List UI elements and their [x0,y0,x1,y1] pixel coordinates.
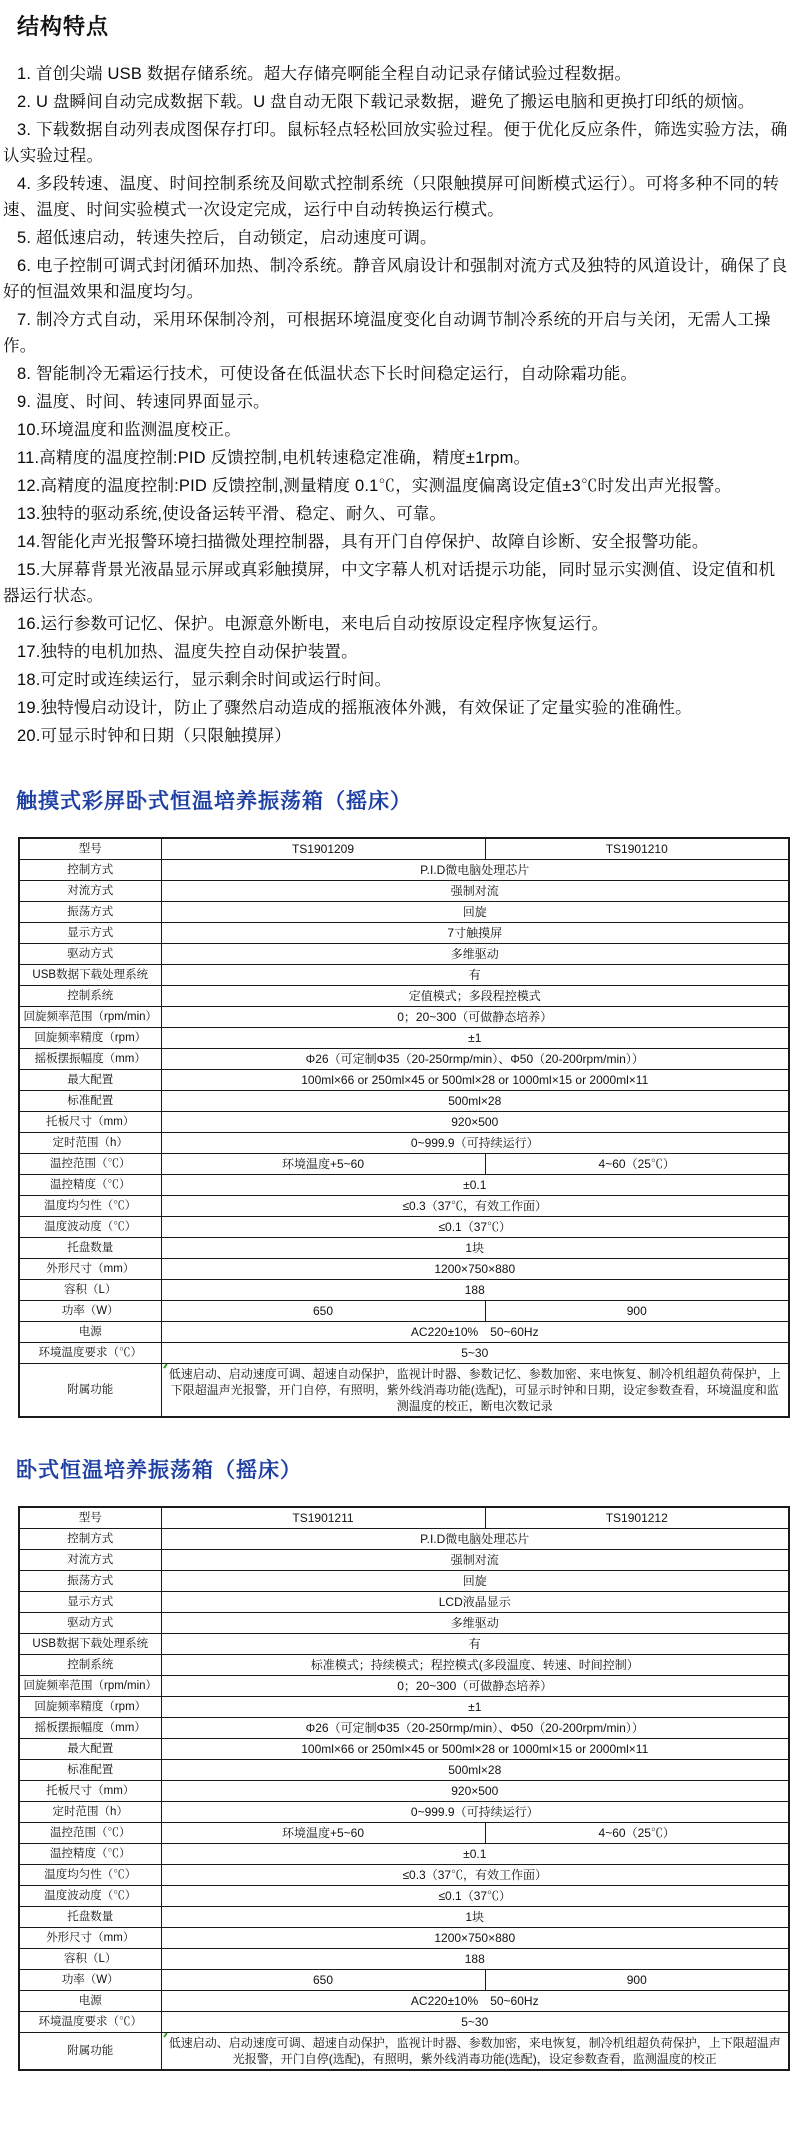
spec-row: USB数据下载处理系统有 [19,965,789,986]
spec-label: 摇板摆振幅度（mm） [19,1049,161,1070]
spec-value: 0~999.9（可持续运行） [161,1802,789,1823]
spec-label: 托盘数量 [19,1238,161,1259]
spec-label: 功率（W） [19,1970,161,1991]
spec-value: 900 [485,1970,789,1991]
feature-item: 9. 温度、时间、转速同界面显示。 [3,389,788,415]
spec-value: TS1901210 [485,838,789,860]
spec-row: 最大配置100ml×66 or 250ml×45 or 500ml×28 or … [19,1070,789,1091]
spec-value: 500ml×28 [161,1091,789,1112]
spec-row: 托盘数量1块 [19,1907,789,1928]
feature-item: 6. 电子控制可调式封闭循环加热、制冷系统。静音风扇设计和强制对流方式及独特的风… [3,253,788,305]
spec-label: 托板尺寸（mm） [19,1781,161,1802]
spec-value: 有 [161,1634,789,1655]
feature-item: 16.运行参数可记忆、保护。电源意外断电，来电后自动按原设定程序恢复运行。 [3,611,788,637]
spec-row: 回旋频率精度（rpm）±1 [19,1028,789,1049]
spec-row: 温度均匀性（℃）≤0.3（37℃，有效工作面） [19,1196,789,1217]
feature-item: 17.独特的电机加热、温度失控自动保护装置。 [3,639,788,665]
spec-value: ≤0.1（37℃） [161,1217,789,1238]
spec-row: 温控精度（℃）±0.1 [19,1844,789,1865]
spec-row: 温度波动度（℃）≤0.1（37℃） [19,1886,789,1907]
spec-label: 控制方式 [19,1529,161,1550]
spec-value: 0；20~300（可做静态培养） [161,1007,789,1028]
spec-label: USB数据下载处理系统 [19,1634,161,1655]
spec-value: 100ml×66 or 250ml×45 or 500ml×28 or 1000… [161,1070,789,1091]
spec-label: 驱动方式 [19,944,161,965]
feature-item: 1. 首创尖端 USB 数据存储系统。超大存储亮啊能全程自动记录存储试验过程数据… [3,61,788,87]
feature-item: 5. 超低速启动，转速失控后，自动锁定，启动速度可调。 [3,225,788,251]
section-touchscreen-shaker: 触摸式彩屏卧式恒温培养振荡箱（摇床） 型号TS1901209TS1901210控… [3,785,788,1418]
spec-value: 4~60（25℃） [485,1154,789,1175]
spec-row: 控制系统标准模式；持续模式；程控模式(多段温度、转速、时间控制） [19,1655,789,1676]
section-heading-lcd: 卧式恒温培养振荡箱（摇床） [16,1454,788,1484]
spec-value: 920×500 [161,1781,789,1802]
spec-label: 电源 [19,1322,161,1343]
spec-value: Φ26（可定制Φ35（20-250rmp/min）、Φ50（20-200rpm/… [161,1718,789,1739]
spec-value: 强制对流 [161,881,789,902]
spec-value: 920×500 [161,1112,789,1133]
spec-value: 188 [161,1949,789,1970]
spec-row: 环境温度要求（℃）5~30 [19,1343,789,1364]
spec-row: 回旋频率范围（rpm/min）0；20~300（可做静态培养） [19,1007,789,1028]
document-page: 结构特点 1. 首创尖端 USB 数据存储系统。超大存储亮啊能全程自动记录存储试… [0,0,800,2130]
spec-value: 650 [161,1301,485,1322]
spec-label: 附属功能 [19,2033,161,2071]
spec-row: 显示方式7寸触摸屏 [19,923,789,944]
spec-label: 温度波动度（℃） [19,1217,161,1238]
spec-row: 振荡方式回旋 [19,1571,789,1592]
spec-row: 型号TS1901211TS1901212 [19,1507,789,1529]
spec-row: 最大配置100ml×66 or 250ml×45 or 500ml×28 or … [19,1739,789,1760]
spec-value: ±0.1 [161,1175,789,1196]
spec-label: 最大配置 [19,1739,161,1760]
spec-value: 有 [161,965,789,986]
spec-row: 容积（L）188 [19,1280,789,1301]
spec-value: 4~60（25℃） [485,1823,789,1844]
spec-value: 7寸触摸屏 [161,923,789,944]
spec-row: 附属功能低速启动、启动速度可调、超速自动保护，监视计时器、参数加密，来电恢复，制… [19,2033,789,2071]
spec-value: 低速启动、启动速度可调、超速自动保护，监视计时器、参数记忆、参数加密、来电恢复、… [161,1364,789,1418]
spec-row: 功率（W）650900 [19,1970,789,1991]
spec-label: USB数据下载处理系统 [19,965,161,986]
spec-row: 摇板摆振幅度（mm）Φ26（可定制Φ35（20-250rmp/min）、Φ50（… [19,1718,789,1739]
spec-label: 温控范围（℃） [19,1823,161,1844]
spec-label: 定时范围（h） [19,1802,161,1823]
spec-value: 5~30 [161,2012,789,2033]
spec-label: 对流方式 [19,1550,161,1571]
spec-row: 回旋频率范围（rpm/min）0；20~300（可做静态培养） [19,1676,789,1697]
spec-row: 回旋频率精度（rpm）±1 [19,1697,789,1718]
spec-label: 回旋频率范围（rpm/min） [19,1676,161,1697]
spec-value: P.I.D微电脑处理芯片 [161,860,789,881]
spec-value: 0~999.9（可持续运行） [161,1133,789,1154]
spec-label: 温控精度（℃） [19,1175,161,1196]
spec-row: USB数据下载处理系统有 [19,1634,789,1655]
proofing-tick-icon [163,1364,172,1372]
spec-label: 环境温度要求（℃） [19,1343,161,1364]
spec-row: 定时范围（h）0~999.9（可持续运行） [19,1133,789,1154]
section-lcd-shaker: 卧式恒温培养振荡箱（摇床） 型号TS1901211TS1901212控制方式P.… [3,1454,788,2071]
spec-value: 500ml×28 [161,1760,789,1781]
spec-row: 外形尺寸（mm）1200×750×880 [19,1259,789,1280]
spec-row: 温控范围（℃）环境温度+5~604~60（25℃） [19,1823,789,1844]
feature-item: 10.环境温度和监测温度校正。 [3,417,788,443]
spec-label: 容积（L） [19,1280,161,1301]
spec-value: P.I.D微电脑处理芯片 [161,1529,789,1550]
spec-label: 控制系统 [19,1655,161,1676]
spec-label: 功率（W） [19,1301,161,1322]
spec-label: 温度均匀性（℃） [19,1865,161,1886]
spec-row: 对流方式强制对流 [19,1550,789,1571]
spec-label: 托板尺寸（mm） [19,1112,161,1133]
feature-item: 20.可显示时钟和日期（只限触摸屏） [3,723,788,749]
spec-value: 回旋 [161,1571,789,1592]
spec-label: 电源 [19,1991,161,2012]
spec-value: 低速启动、启动速度可调、超速自动保护，监视计时器、参数加密，来电恢复，制冷机组超… [161,2033,789,2071]
spec-row: 驱动方式多维驱动 [19,944,789,965]
spec-value: 多维驱动 [161,1613,789,1634]
spec-value: ≤0.1（37℃） [161,1886,789,1907]
spec-row: 显示方式LCD液晶显示 [19,1592,789,1613]
spec-value: 多维驱动 [161,944,789,965]
spec-value: AC220±10% 50~60Hz [161,1991,789,2012]
spec-value: 回旋 [161,902,789,923]
feature-list: 1. 首创尖端 USB 数据存储系统。超大存储亮啊能全程自动记录存储试验过程数据… [3,61,788,749]
spec-value: ±1 [161,1697,789,1718]
spec-value: 强制对流 [161,1550,789,1571]
spec-row: 温度均匀性（℃）≤0.3（37℃，有效工作面） [19,1865,789,1886]
spec-label: 显示方式 [19,923,161,944]
spec-label: 最大配置 [19,1070,161,1091]
spec-label: 外形尺寸（mm） [19,1928,161,1949]
spec-value: 100ml×66 or 250ml×45 or 500ml×28 or 1000… [161,1739,789,1760]
spec-row: 温控精度（℃）±0.1 [19,1175,789,1196]
spec-value: AC220±10% 50~60Hz [161,1322,789,1343]
spec-value: 900 [485,1301,789,1322]
spec-table-touchscreen: 型号TS1901209TS1901210控制方式P.I.D微电脑处理芯片对流方式… [18,837,790,1418]
spec-row: 控制方式P.I.D微电脑处理芯片 [19,860,789,881]
spec-label: 摇板摆振幅度（mm） [19,1718,161,1739]
feature-item: 2. U 盘瞬间自动完成数据下载。U 盘自动无限下载记录数据，避免了搬运电脑和更… [3,89,788,115]
spec-value: ±1 [161,1028,789,1049]
spec-label: 型号 [19,1507,161,1529]
spec-row: 环境温度要求（℃）5~30 [19,2012,789,2033]
feature-item: 15.大屏幕背景光液晶显示屏或真彩触摸屏，中文字幕人机对话提示功能，同时显示实测… [3,557,788,609]
spec-row: 对流方式强制对流 [19,881,789,902]
spec-value: ±0.1 [161,1844,789,1865]
spec-row: 容积（L）188 [19,1949,789,1970]
spec-row: 附属功能低速启动、启动速度可调、超速自动保护，监视计时器、参数记忆、参数加密、来… [19,1364,789,1418]
spec-label: 托盘数量 [19,1907,161,1928]
spec-table-lcd: 型号TS1901211TS1901212控制方式P.I.D微电脑处理芯片对流方式… [18,1506,790,2071]
spec-value: Φ26（可定制Φ35（20-250rmp/min）、Φ50（20-200rpm/… [161,1049,789,1070]
spec-row: 温控范围（℃）环境温度+5~604~60（25℃） [19,1154,789,1175]
spec-label: 回旋频率范围（rpm/min） [19,1007,161,1028]
spec-label: 标准配置 [19,1760,161,1781]
spec-label: 振荡方式 [19,1571,161,1592]
spec-row: 控制方式P.I.D微电脑处理芯片 [19,1529,789,1550]
spec-label: 控制方式 [19,860,161,881]
spec-label: 振荡方式 [19,902,161,923]
spec-value: 5~30 [161,1343,789,1364]
spec-label: 外形尺寸（mm） [19,1259,161,1280]
spec-label: 环境温度要求（℃） [19,2012,161,2033]
spec-value: LCD液晶显示 [161,1592,789,1613]
feature-item: 4. 多段转速、温度、时间控制系统及间歇式控制系统（只限触摸屏可间断模式运行）。… [3,171,788,223]
spec-value: 标准模式；持续模式；程控模式(多段温度、转速、时间控制） [161,1655,789,1676]
spec-value: 1200×750×880 [161,1928,789,1949]
spec-row: 托盘数量1块 [19,1238,789,1259]
spec-value: TS1901211 [161,1507,485,1529]
spec-row: 标准配置500ml×28 [19,1091,789,1112]
spec-row: 功率（W）650900 [19,1301,789,1322]
spec-label: 标准配置 [19,1091,161,1112]
spec-value: 1块 [161,1238,789,1259]
spec-row: 托板尺寸（mm）920×500 [19,1112,789,1133]
spec-row: 型号TS1901209TS1901210 [19,838,789,860]
feature-item: 3. 下载数据自动列表成图保存打印。鼠标轻点轻松回放实验过程。便于优化反应条件，… [3,117,788,169]
spec-row: 托板尺寸（mm）920×500 [19,1781,789,1802]
spec-row: 温度波动度（℃）≤0.1（37℃） [19,1217,789,1238]
spec-label: 驱动方式 [19,1613,161,1634]
spec-value: 0；20~300（可做静态培养） [161,1676,789,1697]
spec-row: 电源AC220±10% 50~60Hz [19,1322,789,1343]
spec-row: 定时范围（h）0~999.9（可持续运行） [19,1802,789,1823]
feature-item: 14.智能化声光报警环境扫描微处理控制器，具有开门自停保护、故障自诊断、安全报警… [3,529,788,555]
spec-value: 定值模式；多段程控模式 [161,986,789,1007]
spec-value: TS1901212 [485,1507,789,1529]
feature-item: 12.高精度的温度控制:PID 反馈控制,测量精度 0.1℃，实测温度偏离设定值… [3,473,788,499]
spec-label: 回旋频率精度（rpm） [19,1028,161,1049]
spec-label: 控制系统 [19,986,161,1007]
spec-label: 定时范围（h） [19,1133,161,1154]
spec-row: 标准配置500ml×28 [19,1760,789,1781]
spec-value: 650 [161,1970,485,1991]
section-heading-touchscreen: 触摸式彩屏卧式恒温培养振荡箱（摇床） [16,785,788,815]
spec-label: 型号 [19,838,161,860]
spec-row: 振荡方式回旋 [19,902,789,923]
spec-label: 温控范围（℃） [19,1154,161,1175]
spec-label: 附属功能 [19,1364,161,1418]
spec-value: 环境温度+5~60 [161,1823,485,1844]
spec-label: 温度波动度（℃） [19,1886,161,1907]
proofing-tick-icon [163,2033,172,2041]
spec-value: 1200×750×880 [161,1259,789,1280]
spec-label: 显示方式 [19,1592,161,1613]
spec-label: 容积（L） [19,1949,161,1970]
spec-row: 控制系统定值模式；多段程控模式 [19,986,789,1007]
feature-item: 13.独特的驱动系统,使设备运转平滑、稳定、耐久、可靠。 [3,501,788,527]
feature-item: 11.高精度的温度控制:PID 反馈控制,电机转速稳定准确，精度±1rpm。 [3,445,788,471]
feature-item: 7. 制冷方式自动，采用环保制冷剂，可根据环境温度变化自动调节制冷系统的开启与关… [3,307,788,359]
spec-row: 电源AC220±10% 50~60Hz [19,1991,789,2012]
spec-row: 摇板摆振幅度（mm）Φ26（可定制Φ35（20-250rmp/min）、Φ50（… [19,1049,789,1070]
feature-item: 19.独特慢启动设计，防止了骤然启动造成的摇瓶液体外溅，有效保证了定量实验的准确… [3,695,788,721]
page-title: 结构特点 [17,10,788,41]
spec-label: 对流方式 [19,881,161,902]
spec-label: 温度均匀性（℃） [19,1196,161,1217]
spec-value: 1块 [161,1907,789,1928]
spec-row: 驱动方式多维驱动 [19,1613,789,1634]
spec-value: 188 [161,1280,789,1301]
feature-item: 18.可定时或连续运行，显示剩余时间或运行时间。 [3,667,788,693]
spec-row: 外形尺寸（mm）1200×750×880 [19,1928,789,1949]
spec-label: 温控精度（℃） [19,1844,161,1865]
feature-item: 8. 智能制冷无霜运行技术，可使设备在低温状态下长时间稳定运行，自动除霜功能。 [3,361,788,387]
spec-value: ≤0.3（37℃，有效工作面） [161,1865,789,1886]
spec-value: ≤0.3（37℃，有效工作面） [161,1196,789,1217]
spec-value: TS1901209 [161,838,485,860]
spec-value: 环境温度+5~60 [161,1154,485,1175]
spec-label: 回旋频率精度（rpm） [19,1697,161,1718]
